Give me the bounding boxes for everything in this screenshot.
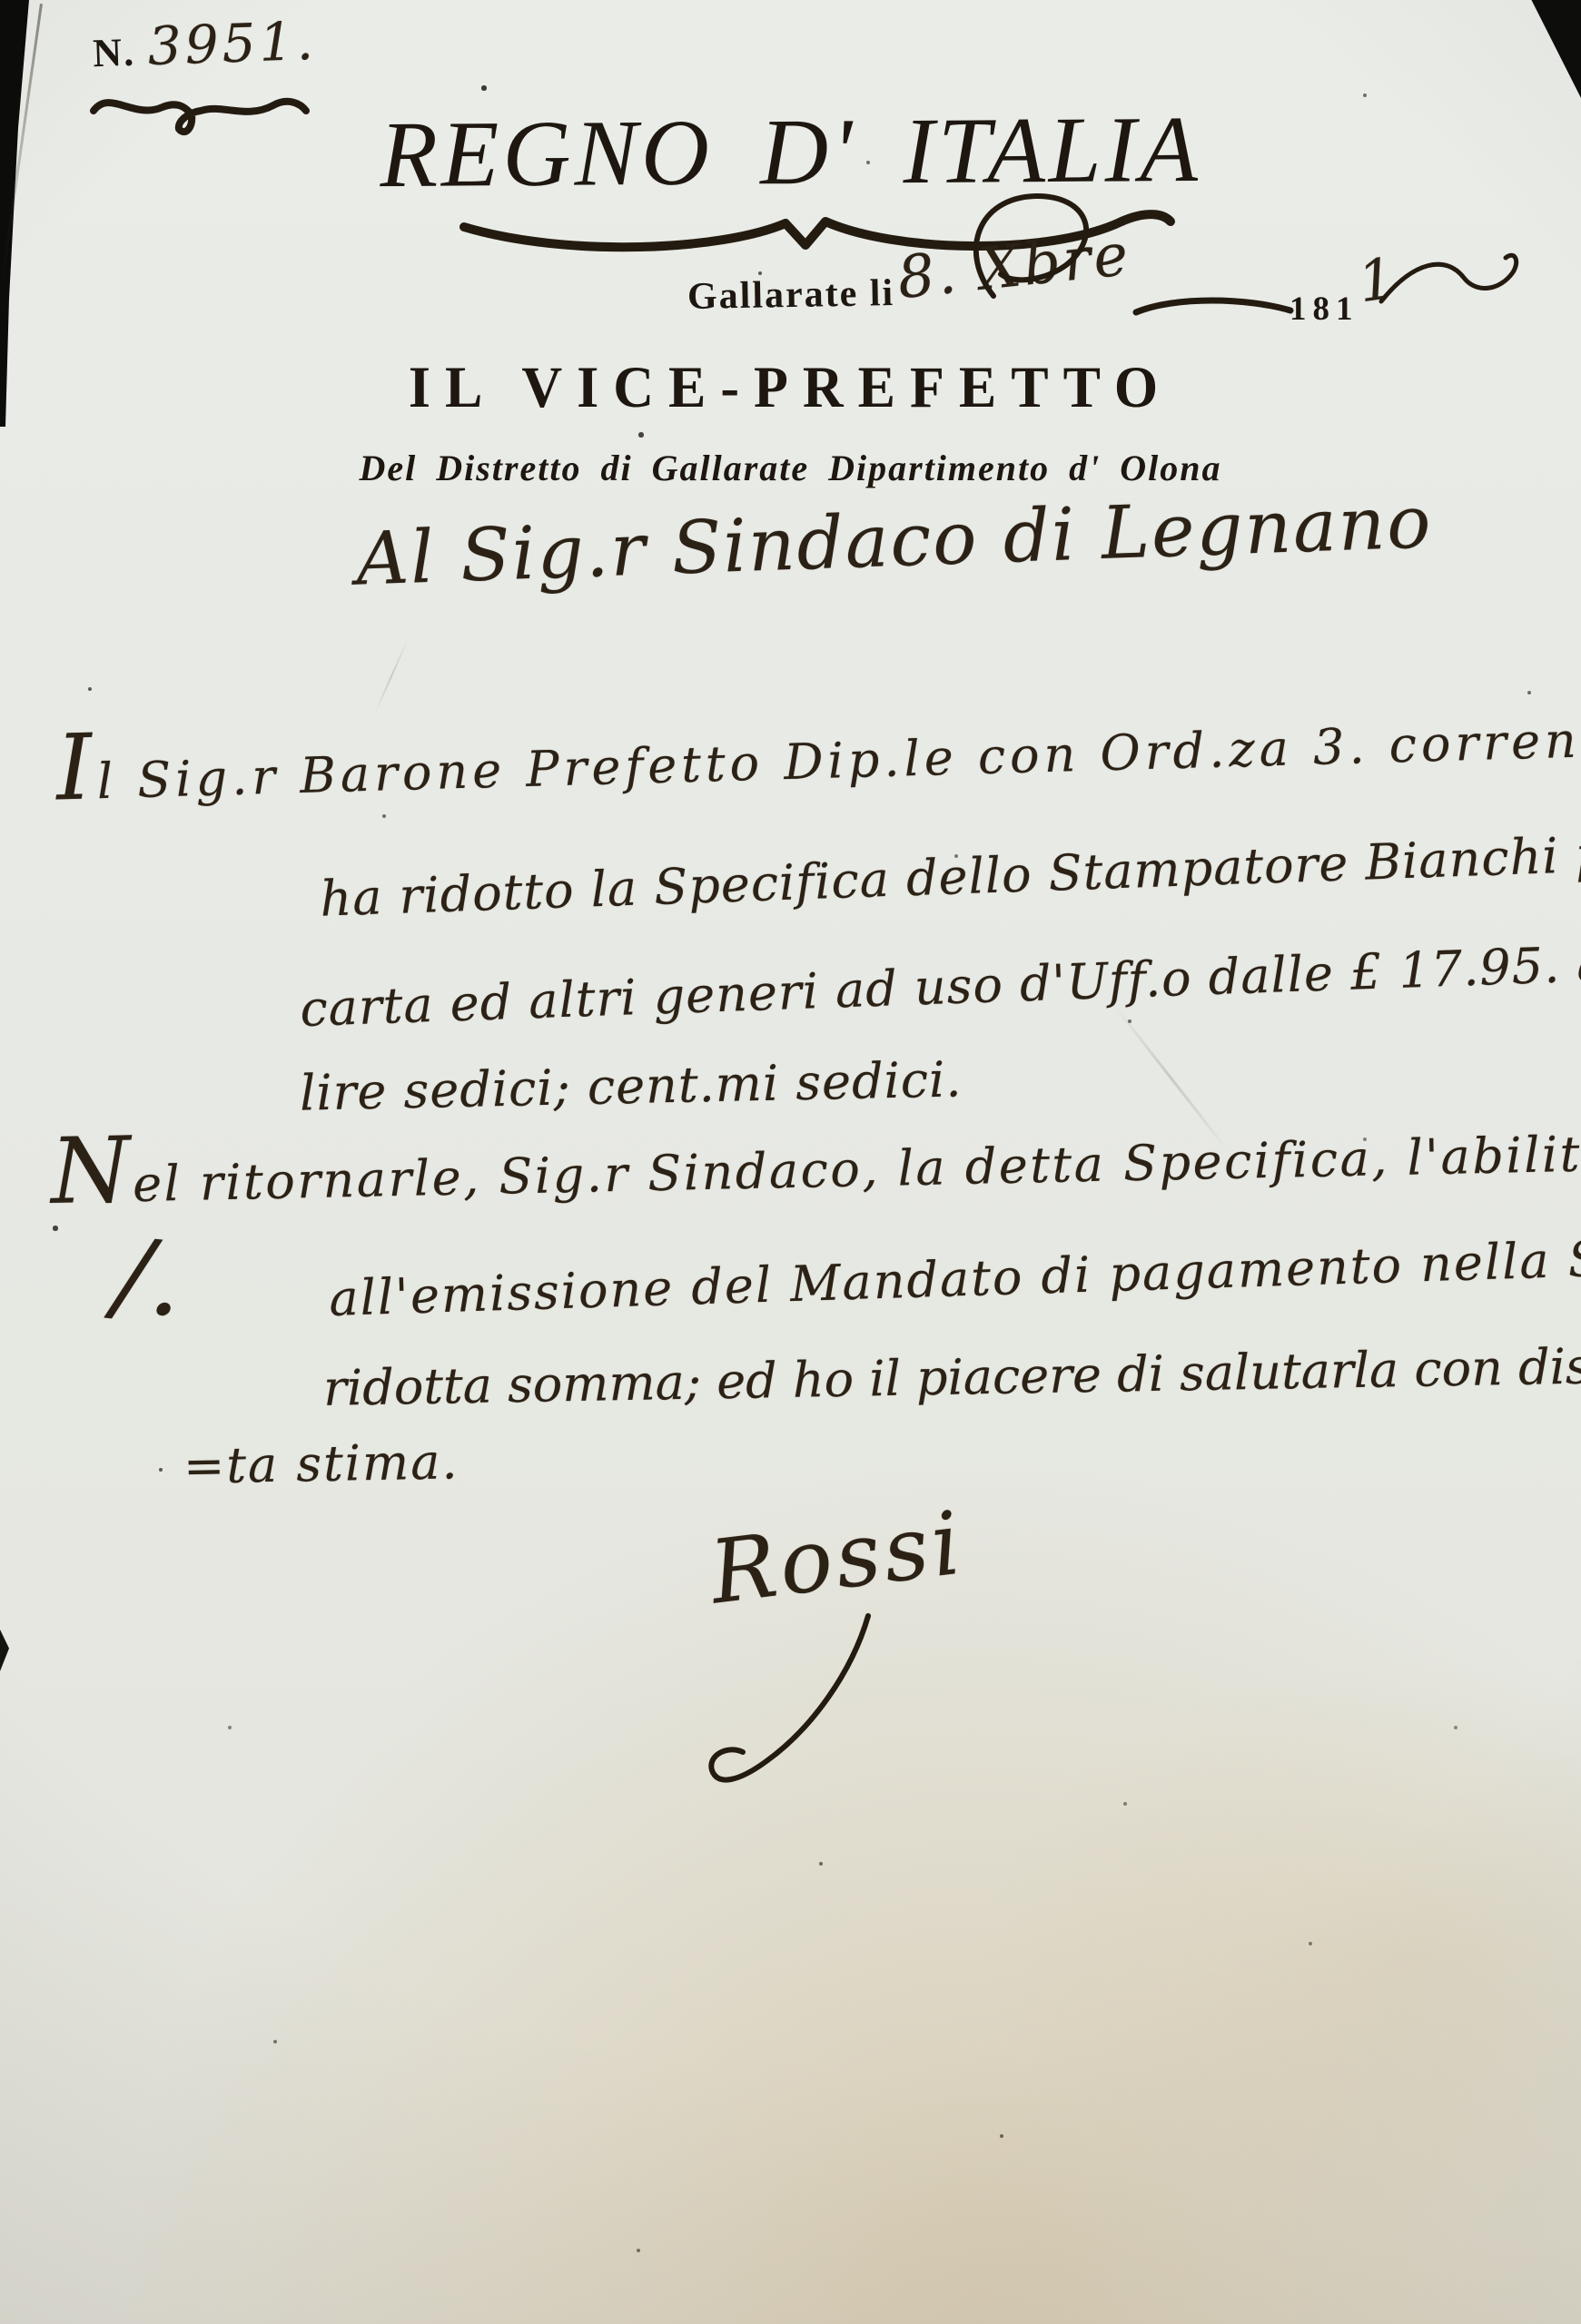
dateline-loop-flourish [955,189,1128,307]
paper-crease [374,638,409,714]
document-number-value: 3951. [147,10,318,77]
signature-tail-flourish [674,1609,910,1799]
body-line: all'emissione del Mandato di pagamento n… [329,1231,1581,1324]
dateline-year-printed: 181 [1290,292,1359,326]
document-number: N.3951. [92,15,318,75]
paper-crease [1112,1004,1230,1152]
body-line: ridotta somma; ed ho il piacere di salut… [323,1341,1581,1413]
dateline-place: Gallarate li [687,274,895,316]
body-line: carta ed altri generi ad uso d'Uff.o dal… [299,940,1581,1034]
margin-paraph-mark: /. [111,1224,188,1332]
body-line: Il Sig.r Barone Prefetto Dip.le con Ord.… [56,705,1581,808]
ink-specks [0,0,2,2]
scanned-letter-page: N.3951. REGNO D' ITALIA Gallarate li 8. … [0,0,1581,2324]
salutation-line: Al Sig.r Sindaco di Legnano [355,486,1434,596]
body-line: ha ridotto la Specifica dello Stampatore… [320,828,1581,924]
body-line: Nel ritornarle, Sig.r Sindaco, la detta … [51,1129,1581,1211]
dateline-end-flourish [1377,245,1531,336]
department-line: Del Distretto di Gallarate Dipartimento … [0,450,1581,487]
body-line: =ta stima. [183,1437,459,1491]
scan-edge-top-right-dark [1525,0,1581,98]
office-heading: IL VICE-PREFETTO [0,358,1581,417]
dateline-filler-stroke [1131,289,1295,327]
body-line: lire sedici; cent.mi sedici. [300,1055,963,1118]
signature: Rossi [706,1499,968,1616]
document-number-label: N. [92,30,135,76]
scan-edge-nick [0,1630,9,1671]
kingdom-title: REGNO D' ITALIA [0,100,1581,205]
